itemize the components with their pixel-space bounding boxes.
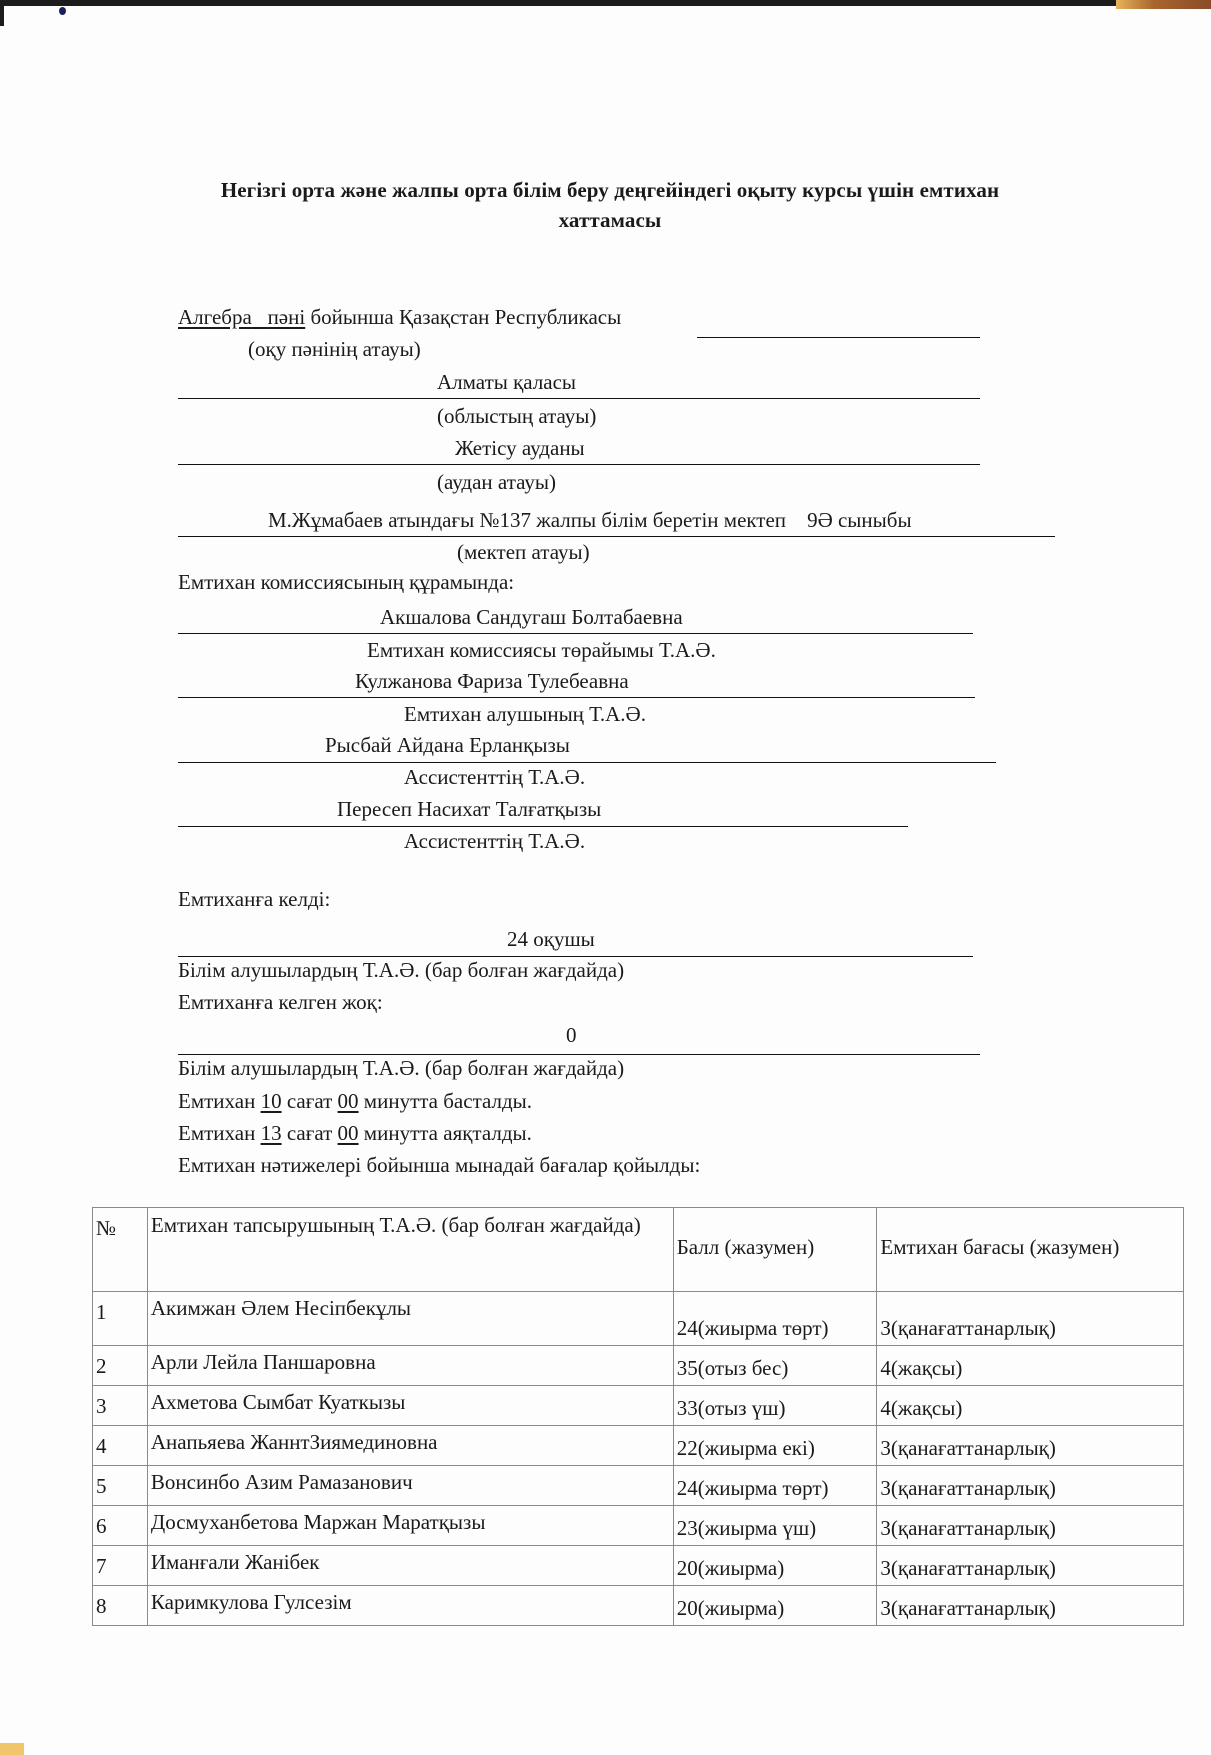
header-grade: Емтихан бағасы (жазумен) xyxy=(877,1208,1184,1292)
table-row: 3 Ахметова Сымбат Куаткызы 33(отыз үш) 4… xyxy=(93,1386,1184,1426)
row-name: Каримкулова Гулсезім xyxy=(147,1586,673,1626)
commission-member-name: Акшалова Сандугаш Болтабаевна xyxy=(380,605,683,630)
attended-rule xyxy=(178,956,973,957)
row-no: 2 xyxy=(93,1346,148,1386)
commission-member-role: Емтихан комиссиясы төрайымы Т.А.Ә. xyxy=(367,638,716,663)
document-title: Негізгі орта және жалпы орта білім беру … xyxy=(150,178,1070,203)
commission-member-name: Рысбай Айдана Ерланқызы xyxy=(325,733,570,758)
start-hour: 10 xyxy=(261,1089,282,1113)
commission-rule-2 xyxy=(178,697,975,698)
grades-table: № Емтихан тапсырушының Т.А.Ә. (бар болға… xyxy=(92,1207,1184,1626)
school-value: М.Жұмабаев атындағы №137 жалпы білім бер… xyxy=(268,508,912,533)
row-grade: 3(қанағаттанарлық) xyxy=(877,1292,1184,1346)
exam-start: Емтихан 10 сағат 00 минутта басталды. xyxy=(178,1089,532,1114)
commission-rule-3 xyxy=(178,762,996,763)
row-grade: 4(жақсы) xyxy=(877,1346,1184,1386)
table-row: 8 Каримкулова Гулсезім 20(жиырма) 3(қана… xyxy=(93,1586,1184,1626)
district-value: Жетісу ауданы xyxy=(455,436,585,461)
attended-label: Емтиханға келді: xyxy=(178,887,330,912)
header-no: № xyxy=(93,1208,148,1292)
table-row: 2 Арли Лейла Паншаровна 35(отыз бес) 4(ж… xyxy=(93,1346,1184,1386)
row-name: Вонсинбо Азим Рамазанович xyxy=(147,1466,673,1506)
start-minute: 00 xyxy=(338,1089,359,1113)
row-grade: 3(қанағаттанарлық) xyxy=(877,1466,1184,1506)
commission-member-name: Пересеп Насихат Талғатқызы xyxy=(337,797,601,822)
subject-line: Алгебра пәні бойынша Қазақстан Республик… xyxy=(178,305,621,330)
region-value: Алматы қаласы xyxy=(437,370,576,395)
row-ball: 24(жиырма төрт) xyxy=(673,1292,877,1346)
row-no: 1 xyxy=(93,1292,148,1346)
row-ball: 23(жиырма үш) xyxy=(673,1506,877,1546)
row-grade: 3(қанағаттанарлық) xyxy=(877,1426,1184,1466)
row-name: Арли Лейла Паншаровна xyxy=(147,1346,673,1386)
class-name: 9Ә сыныбы xyxy=(807,508,912,532)
school-caption: (мектеп атауы) xyxy=(457,540,590,565)
table-row: 7 Иманғали Жанібек 20(жиырма) 3(қанағатт… xyxy=(93,1546,1184,1586)
school-name: М.Жұмабаев атындағы №137 жалпы білім бер… xyxy=(268,508,786,532)
commission-member-role: Ассистенттің Т.А.Ә. xyxy=(404,829,585,854)
header-name: Емтихан тапсырушының Т.А.Ә. (бар болған … xyxy=(147,1208,673,1292)
commission-rule-1 xyxy=(178,633,973,634)
attended-value: 24 оқушы xyxy=(507,927,595,952)
subject-caption: (оқу пәнінің атауы) xyxy=(248,337,421,362)
row-name: Ахметова Сымбат Куаткызы xyxy=(147,1386,673,1426)
scan-background-corner xyxy=(1116,0,1211,9)
row-ball: 20(жиырма) xyxy=(673,1546,877,1586)
exam-end: Емтихан 13 сағат 00 минутта аяқталды. xyxy=(178,1121,532,1146)
commission-rule-4 xyxy=(178,826,908,827)
row-no: 6 xyxy=(93,1506,148,1546)
row-ball: 20(жиырма) xyxy=(673,1586,877,1626)
table-row: 4 Анапьяева ЖаннтЗиямединовна 22(жиырма … xyxy=(93,1426,1184,1466)
row-grade: 4(жақсы) xyxy=(877,1386,1184,1426)
district-caption: (аудан атауы) xyxy=(437,470,556,495)
row-name: Акимжан Әлем Несіпбекұлы xyxy=(147,1292,673,1346)
row-grade: 3(қанағаттанарлық) xyxy=(877,1546,1184,1586)
end-minute: 00 xyxy=(338,1121,359,1145)
table-row: 1 Акимжан Әлем Несіпбекұлы 24(жиырма төр… xyxy=(93,1292,1184,1346)
row-ball: 22(жиырма екі) xyxy=(673,1426,877,1466)
scan-edge-left xyxy=(0,0,4,26)
ink-dot xyxy=(59,7,66,15)
table-row: 6 Досмуханбетова Маржан Маратқызы 23(жиы… xyxy=(93,1506,1184,1546)
header-ball: Балл (жазумен) xyxy=(673,1208,877,1292)
subject-rest: бойынша Қазақстан Республикасы xyxy=(310,305,621,329)
absent-rule xyxy=(178,1054,980,1055)
commission-label: Емтихан комиссиясының құрамында: xyxy=(178,570,514,595)
row-no: 4 xyxy=(93,1426,148,1466)
commission-member-name: Кулжанова Фариза Тулебеавна xyxy=(355,669,629,694)
table-row: 5 Вонсинбо Азим Рамазанович 24(жиырма тө… xyxy=(93,1466,1184,1506)
absent-label: Емтиханға келген жоқ: xyxy=(178,990,383,1015)
document-title-continued: хаттамасы xyxy=(150,208,1070,233)
scan-edge-top xyxy=(0,0,1211,6)
row-name: Досмуханбетова Маржан Маратқызы xyxy=(147,1506,673,1546)
district-rule xyxy=(178,464,980,465)
absent-value: 0 xyxy=(566,1023,577,1048)
row-name: Иманғали Жанібек xyxy=(147,1546,673,1586)
row-ball: 33(отыз үш) xyxy=(673,1386,877,1426)
school-rule xyxy=(178,536,1055,537)
region-caption: (облыстың атауы) xyxy=(437,404,596,429)
attended-caption: Білім алушылардың Т.А.Ә. (бар болған жағ… xyxy=(178,958,624,983)
absent-caption: Білім алушылардың Т.А.Ә. (бар болған жағ… xyxy=(178,1056,624,1081)
region-rule xyxy=(178,398,980,399)
commission-member-role: Ассистенттің Т.А.Ә. xyxy=(404,765,585,790)
scan-background-corner-bottom xyxy=(0,1743,24,1755)
row-ball: 24(жиырма төрт) xyxy=(673,1466,877,1506)
row-no: 3 xyxy=(93,1386,148,1426)
row-no: 7 xyxy=(93,1546,148,1586)
row-no: 5 xyxy=(93,1466,148,1506)
row-ball: 35(отыз бес) xyxy=(673,1346,877,1386)
subject-suffix: пәні xyxy=(268,305,306,329)
table-header-row: № Емтихан тапсырушының Т.А.Ә. (бар болға… xyxy=(93,1208,1184,1292)
row-no: 8 xyxy=(93,1586,148,1626)
results-label: Емтихан нәтижелері бойынша мынадай бағал… xyxy=(178,1153,700,1178)
subject-value: Алгебра xyxy=(178,305,252,329)
end-hour: 13 xyxy=(261,1121,282,1145)
row-grade: 3(қанағаттанарлық) xyxy=(877,1506,1184,1546)
row-name: Анапьяева ЖаннтЗиямединовна xyxy=(147,1426,673,1466)
row-grade: 3(қанағаттанарлық) xyxy=(877,1586,1184,1626)
commission-member-role: Емтихан алушының Т.А.Ә. xyxy=(404,702,646,727)
blank-rule xyxy=(697,337,980,338)
